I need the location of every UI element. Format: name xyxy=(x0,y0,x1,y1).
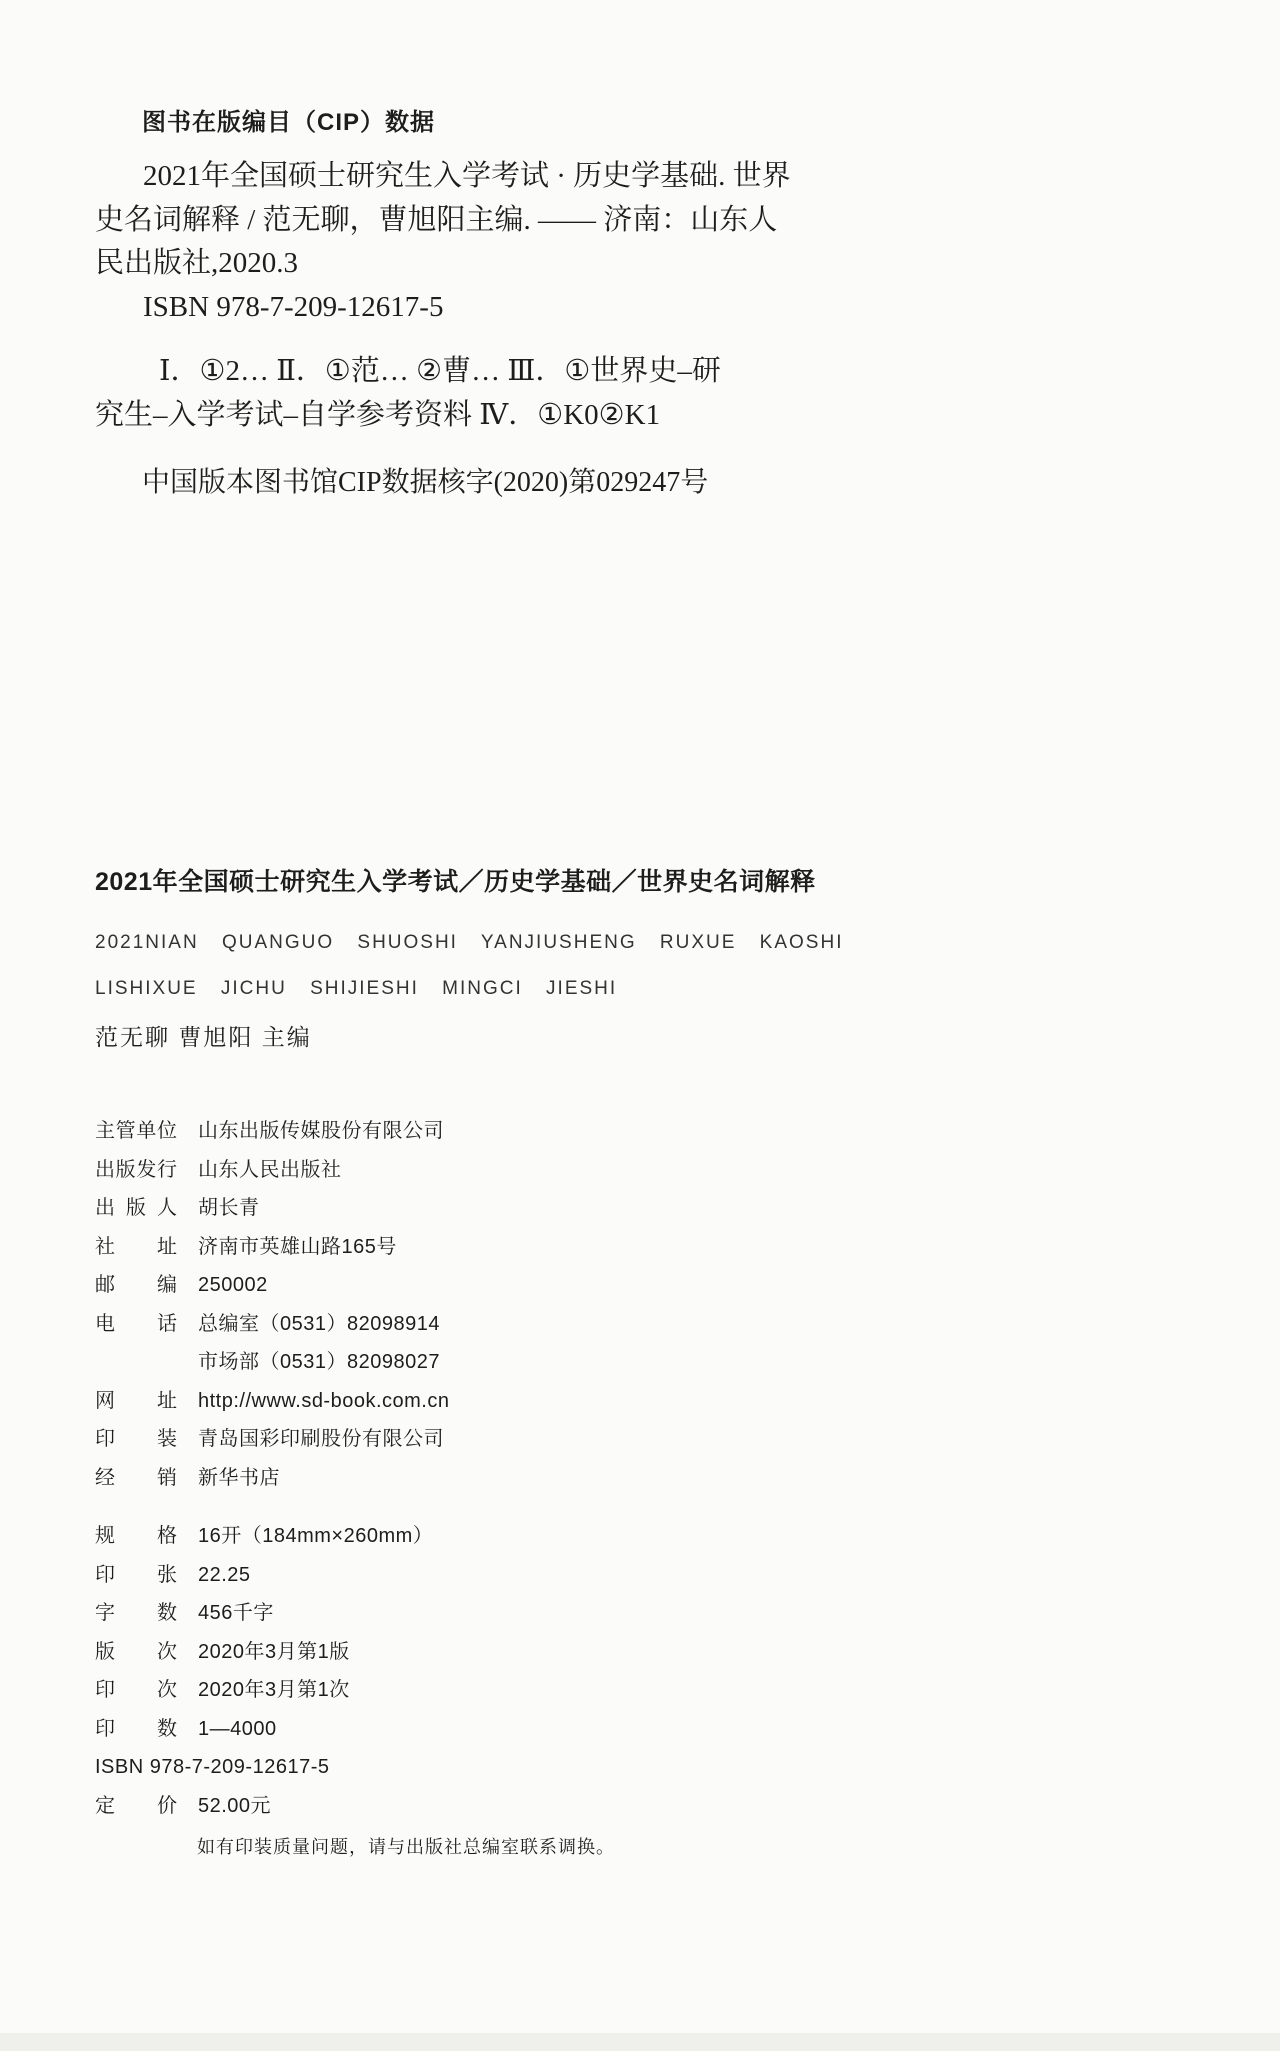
info-row: 规格16开（184mm×260mm） xyxy=(95,1517,1280,1556)
cip-data-section: 图书在版编目（CIP）数据 2021年全国硕士研究生入学考试 · 历史学基础. … xyxy=(0,0,1280,500)
info-label: 字数 xyxy=(95,1594,177,1633)
info-value: 市场部（0531）82098027 xyxy=(198,1351,440,1373)
cip-description: 2021年全国硕士研究生入学考试 · 历史学基础. 世界 史名词解释 / 范无聊… xyxy=(95,155,1220,329)
cip-desc-line: 2021年全国硕士研究生入学考试 · 历史学基础. 世界 xyxy=(95,155,1220,199)
cip-record-number: 中国版本图书馆CIP数据核字(2020)第029247号 xyxy=(95,460,1220,500)
info-value: 总编室（0531）82098914 xyxy=(198,1313,440,1335)
pinyin-line: 2021NIAN QUANGUO SHUOSHI YANJIUSHENG RUX… xyxy=(95,920,1280,966)
quality-notice: 如有印装质量问题，请与出版社总编室联系调换。 xyxy=(0,1828,1280,1866)
info-row: 版次2020年3月第1版 xyxy=(95,1633,1280,1672)
info-row: 印次2020年3月第1次 xyxy=(95,1671,1280,1710)
info-label: 电话 xyxy=(95,1305,177,1344)
info-value: 山东出版传媒股份有限公司 xyxy=(198,1120,444,1142)
info-value: 济南市英雄山路165号 xyxy=(198,1236,397,1258)
info-value: 山东人民出版社 xyxy=(198,1159,342,1181)
scan-edge-strip xyxy=(0,2033,1280,2051)
info-row: 印数1—4000 xyxy=(95,1710,1280,1749)
info-value: 16开（184mm×260mm） xyxy=(198,1525,433,1547)
copyright-page: 图书在版编目（CIP）数据 2021年全国硕士研究生入学考试 · 历史学基础. … xyxy=(0,0,1280,2051)
info-label: 印装 xyxy=(95,1420,177,1459)
info-label: 印数 xyxy=(95,1710,177,1749)
info-value: http://www.sd-book.com.cn xyxy=(198,1390,449,1412)
info-value: 青岛国彩印刷股份有限公司 xyxy=(198,1428,444,1450)
pinyin-line: LISHIXUE JICHU SHIJIESHI MINGCI JIESHI xyxy=(95,966,1280,1012)
info-value: 2020年3月第1版 xyxy=(198,1641,350,1663)
info-value: 52.00元 xyxy=(198,1795,271,1817)
info-row: 主管单位山东出版传媒股份有限公司 xyxy=(95,1112,1280,1151)
info-row: 字数456千字 xyxy=(95,1594,1280,1633)
info-label: 经销 xyxy=(95,1459,177,1498)
publisher-info: 主管单位山东出版传媒股份有限公司出版发行山东人民出版社出版人胡长青社址济南市英雄… xyxy=(0,1112,1280,1497)
cip-class-line: 究生–入学考试–自学参考资料 Ⅳ．①K0②K1 xyxy=(95,394,1220,438)
isbn-line: ISBN 978-7-209-12617-5 xyxy=(95,1756,329,1778)
info-value: 250002 xyxy=(198,1274,268,1296)
info-value: 新华书店 xyxy=(198,1467,280,1489)
cip-classification: Ⅰ．①2… Ⅱ．①范… ②曹… Ⅲ．①世界史–研 究生–入学考试–自学参考资料 … xyxy=(95,350,1220,437)
info-value: 22.25 xyxy=(198,1564,251,1586)
info-row: 社址济南市英雄山路165号 xyxy=(95,1228,1280,1267)
info-row: 印装青岛国彩印刷股份有限公司 xyxy=(95,1420,1280,1459)
book-title: 2021年全国硕士研究生入学考试／历史学基础／世界史名词解释 xyxy=(95,862,1280,898)
info-label: 印次 xyxy=(95,1671,177,1710)
info-label: 出版发行 xyxy=(95,1151,177,1190)
info-label: 印张 xyxy=(95,1556,177,1595)
cip-isbn-line: ISBN 978-7-209-12617-5 xyxy=(95,286,1220,330)
cip-desc-line: 史名词解释 / 范无聊，曹旭阳主编. —— 济南：山东人 xyxy=(95,199,1220,243)
info-row: 印张22.25 xyxy=(95,1556,1280,1595)
info-row: ISBN 978-7-209-12617-5 xyxy=(95,1748,1280,1787)
info-row: 网址http://www.sd-book.com.cn xyxy=(95,1382,1280,1421)
info-value: 456千字 xyxy=(198,1602,274,1624)
info-row: 出版人胡长青 xyxy=(95,1189,1280,1228)
authors-line: 范无聊 曹旭阳 主编 xyxy=(95,1019,1280,1052)
cip-header: 图书在版编目（CIP）数据 xyxy=(142,102,1220,137)
info-label: 规格 xyxy=(95,1517,177,1556)
info-label: 主管单位 xyxy=(95,1112,177,1151)
info-label: 社址 xyxy=(95,1228,177,1267)
info-label: 出版人 xyxy=(95,1189,177,1228)
print-info: 规格16开（184mm×260mm）印张22.25字数456千字版次2020年3… xyxy=(0,1517,1280,1825)
info-label: 定价 xyxy=(95,1787,177,1826)
info-label: 版次 xyxy=(95,1633,177,1672)
info-value: 2020年3月第1次 xyxy=(198,1679,350,1701)
info-row: 市场部（0531）82098027 xyxy=(95,1343,1280,1382)
info-row: 经销新华书店 xyxy=(95,1459,1280,1498)
info-row: 出版发行山东人民出版社 xyxy=(95,1151,1280,1190)
info-row: 电话总编室（0531）82098914 xyxy=(95,1305,1280,1344)
title-section: 2021年全国硕士研究生入学考试／历史学基础／世界史名词解释 2021NIAN … xyxy=(0,862,1280,1052)
info-row: 邮编250002 xyxy=(95,1266,1280,1305)
cip-class-line: Ⅰ．①2… Ⅱ．①范… ②曹… Ⅲ．①世界史–研 xyxy=(95,350,1220,394)
cip-desc-line: 民出版社,2020.3 xyxy=(95,242,1220,286)
info-value: 1—4000 xyxy=(198,1718,277,1740)
info-value: 胡长青 xyxy=(198,1197,260,1219)
info-row: 定价52.00元 xyxy=(95,1787,1280,1826)
info-label: 网址 xyxy=(95,1382,177,1421)
info-label: 邮编 xyxy=(95,1266,177,1305)
pinyin-title: 2021NIAN QUANGUO SHUOSHI YANJIUSHENG RUX… xyxy=(95,920,1280,1012)
